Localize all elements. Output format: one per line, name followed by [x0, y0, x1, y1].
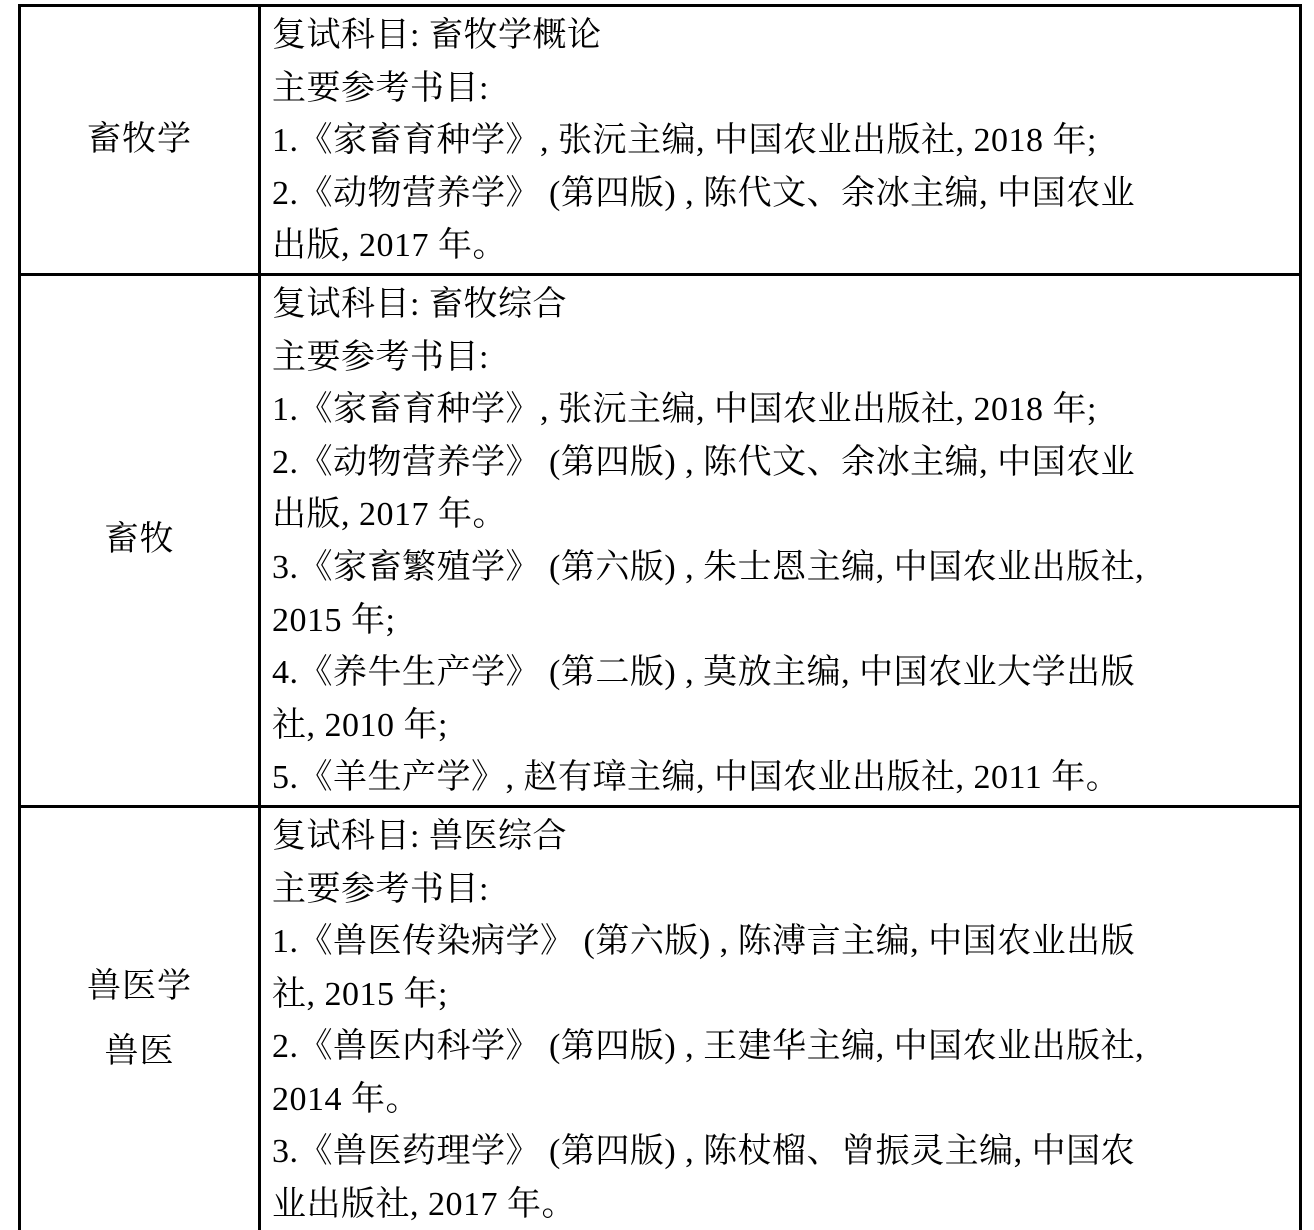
book-line: 3.《家畜繁殖学》 (第六版) , 朱士恩主编, 中国农业出版社, — [272, 542, 1295, 595]
content-cell-xumuxue: 复试科目: 畜牧学概论 主要参考书目: 1.《家畜育种学》, 张沅主编, 中国农… — [260, 6, 1301, 275]
book-line: 2014 年。 — [272, 1074, 1295, 1127]
book-line: 社, 2015 年; — [272, 969, 1295, 1022]
exam-subject-line: 复试科目: 畜牧综合 — [272, 279, 1295, 332]
exam-subject-line: 复试科目: 畜牧学概论 — [272, 10, 1295, 63]
table-row-xumu: 畜牧 复试科目: 畜牧综合 主要参考书目: 1.《家畜育种学》, 张沅主编, 中… — [20, 274, 1301, 806]
book-line: 业出版社, 2017 年。 — [272, 1179, 1295, 1230]
book-line: 2.《动物营养学》 (第四版) , 陈代文、余冰主编, 中国农业 — [272, 437, 1295, 490]
book-line: 出版, 2017 年。 — [272, 220, 1295, 273]
exam-subject-line: 复试科目: 兽医综合 — [272, 811, 1295, 864]
book-line: 2.《动物营养学》 (第四版) , 陈代文、余冰主编, 中国农业 — [272, 168, 1295, 221]
reference-header-line: 主要参考书目: — [272, 864, 1295, 917]
subject-label: 畜牧学 — [21, 114, 258, 167]
subject-cell-xumu: 畜牧 — [20, 274, 260, 806]
reference-header-line: 主要参考书目: — [272, 332, 1295, 385]
book-line: 出版, 2017 年。 — [272, 489, 1295, 542]
book-line: 3.《兽医药理学》 (第四版) , 陈杖榴、曾振灵主编, 中国农 — [272, 1126, 1295, 1179]
content-cell-xumu: 复试科目: 畜牧综合 主要参考书目: 1.《家畜育种学》, 张沅主编, 中国农业… — [260, 274, 1301, 806]
subject-cell-shouyixue: 兽医学 兽医 — [20, 806, 260, 1230]
subject-label: 兽医 — [21, 1026, 258, 1079]
table-row-xumuxue: 畜牧学 复试科目: 畜牧学概论 主要参考书目: 1.《家畜育种学》, 张沅主编,… — [20, 6, 1301, 275]
book-line: 1.《家畜育种学》, 张沅主编, 中国农业出版社, 2018 年; — [272, 384, 1295, 437]
subject-cell-xumuxue: 畜牧学 — [20, 6, 260, 275]
reference-book-table: 畜牧学 复试科目: 畜牧学概论 主要参考书目: 1.《家畜育种学》, 张沅主编,… — [18, 4, 1302, 1230]
table-row-shouyixue: 兽医学 兽医 复试科目: 兽医综合 主要参考书目: 1.《兽医传染病学》 (第六… — [20, 806, 1301, 1230]
content-cell-shouyixue: 复试科目: 兽医综合 主要参考书目: 1.《兽医传染病学》 (第六版) , 陈溥… — [260, 806, 1301, 1230]
subject-label: 兽医学 — [21, 961, 258, 1014]
book-line: 2.《兽医内科学》 (第四版) , 王建华主编, 中国农业出版社, — [272, 1021, 1295, 1074]
document-page: 畜牧学 复试科目: 畜牧学概论 主要参考书目: 1.《家畜育种学》, 张沅主编,… — [0, 0, 1314, 1230]
book-line: 5.《羊生产学》, 赵有璋主编, 中国农业出版社, 2011 年。 — [272, 752, 1295, 805]
book-line: 1.《兽医传染病学》 (第六版) , 陈溥言主编, 中国农业出版 — [272, 916, 1295, 969]
book-line: 社, 2010 年; — [272, 700, 1295, 753]
table-body: 畜牧学 复试科目: 畜牧学概论 主要参考书目: 1.《家畜育种学》, 张沅主编,… — [20, 6, 1301, 1230]
book-line: 2015 年; — [272, 595, 1295, 648]
book-line: 1.《家畜育种学》, 张沅主编, 中国农业出版社, 2018 年; — [272, 115, 1295, 168]
book-line: 4.《养牛生产学》 (第二版) , 莫放主编, 中国农业大学出版 — [272, 647, 1295, 700]
subject-label: 畜牧 — [21, 514, 258, 567]
reference-header-line: 主要参考书目: — [272, 63, 1295, 116]
